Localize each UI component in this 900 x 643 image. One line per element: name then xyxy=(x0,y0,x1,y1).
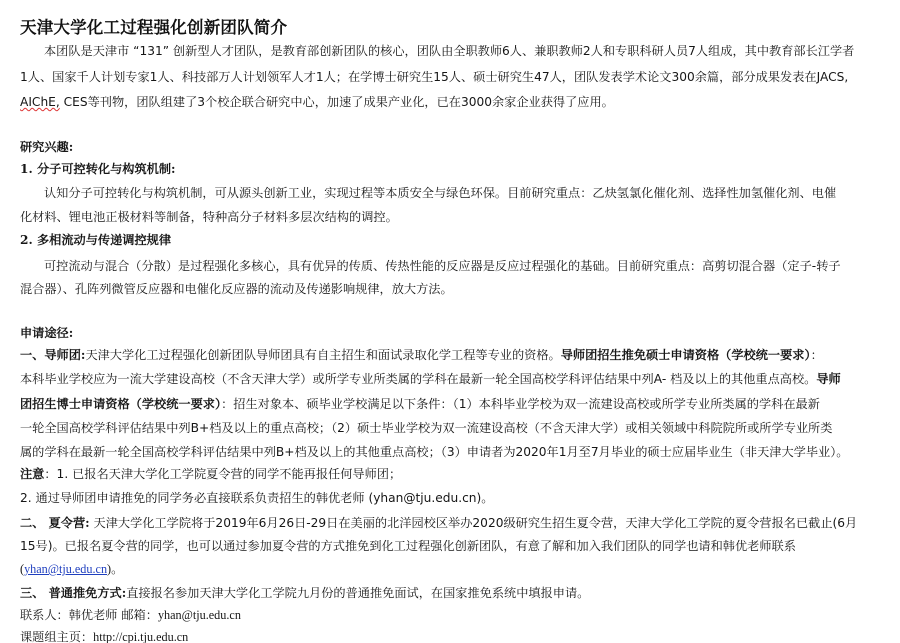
topic1-line-2: 化材料、锂电池正极材料等制备，特种高分子材料多层次结构的调控。 xyxy=(20,207,890,227)
mentor-line-3: 团招生博士申请资格（学校统一要求）：招生对象本、硕毕业学校满足以下条件：（1）本… xyxy=(20,394,890,414)
regular-prefix: 三、 xyxy=(20,586,49,600)
homepage-label: 课题组主页： xyxy=(20,630,93,643)
mentor-master-req: 导师团招生推免硕士申请资格（学校统一要求） xyxy=(561,348,811,362)
mentor-line-1: 一、导师团:天津大学化工过程强化创新团队导师团具有自主招生和面试录取化学工程等专… xyxy=(20,345,890,365)
summer-label: 夏令营: xyxy=(49,516,90,530)
mentor-line-4: 一轮全国高校学科评估结果中列B+档及以上的重点高校；（2）硕士毕业学校为双一流建… xyxy=(20,418,890,438)
summer-camp-line-1: 二、 夏令营: 天津大学化工学院将于2019年6月26日-29日在美丽的北洋园校… xyxy=(20,513,890,533)
mentor-label: 导师团: xyxy=(44,348,85,362)
summer-prefix: 二、 xyxy=(20,516,49,530)
homepage-line: 课题组主页：http://cpi.tju.edu.cn xyxy=(20,627,890,643)
topic1-line-1: 认知分子可控转化与构筑机制，可从源头创新工业，实现过程等本质安全与绿色环保。目前… xyxy=(20,183,900,203)
regular-text: 直接报名参加天津大学化工学院九月份的普通推免面试，在国家推免系统中填报申请。 xyxy=(126,586,589,600)
regular-line: 三、 普通推免方式:直接报名参加天津大学化工学院九月份的普通推免面试，在国家推免… xyxy=(20,583,890,603)
regular-label: 普通推免方式: xyxy=(49,586,127,600)
mentor-prefix: 一、 xyxy=(20,348,44,362)
notice-text: ：1. 已报名天津大学化工学院夏令营的同学不能再报任何导师团； xyxy=(44,467,401,481)
intro-line-3: AIChE, CES等刊物，团队组建了3个校企联合研究中心，加速了成果产业化，已… xyxy=(20,92,890,112)
intro-line-2: 1人、国家千人计划专家1人、科技部万人计划领军人才1人；在学博士研究生15人、硕… xyxy=(20,67,890,87)
document-title: 天津大学化工过程强化创新团队简介 xyxy=(20,14,287,38)
application-heading: 申请途径: xyxy=(20,323,890,343)
summer-text: 天津大学化工学院将于2019年6月26日-29日在美丽的北洋园校区举办2020级… xyxy=(90,516,858,530)
intro-line-3-text: CES等刊物，团队组建了3个校企联合研究中心，加速了成果产业化，已在3000余家… xyxy=(60,95,614,109)
mentor-phd-req: 团招生博士申请资格（学校统一要求） xyxy=(20,397,221,411)
spellcheck-word[interactable]: AIChE, xyxy=(20,95,60,109)
topic2-line-2: 混合器）、孔阵列微管反应器和电催化反应器的流动及传递影响规律，放大方法。 xyxy=(20,279,890,299)
colon: ： xyxy=(811,348,823,362)
mentor-line-2: 本科毕业学校应为一流大学建设高校（不含天津大学）或所学专业所类属的学科在最新一轮… xyxy=(20,369,890,389)
contact-label: 联系人：韩优老师 邮箱： xyxy=(20,608,158,622)
notice-line-2: 2. 通过导师团申请推免的同学务必直接联系负责招生的韩优老师 (yhan@tju… xyxy=(20,488,890,508)
mentor-line-2-bold: 导师 xyxy=(816,372,840,386)
email-link[interactable]: yhan@tju.edu.cn xyxy=(24,562,107,576)
notice-line-1: 注意：1. 已报名天津大学化工学院夏令营的同学不能再报任何导师团； xyxy=(20,464,890,484)
summer-camp-line-3: (yhan@tju.edu.cn)。 xyxy=(20,559,890,579)
mentor-line-5: 属的学科在最新一轮全国高校学科评估结果中列B+档及以上的其他重点高校；（3）申请… xyxy=(20,442,890,462)
paren-close: )。 xyxy=(107,562,123,576)
notice-label: 注意 xyxy=(20,467,44,481)
summer-camp-line-2: 15号)。已报名夏令营的同学，也可以通过参加夏令营的方式推免到化工过程强化创新团… xyxy=(20,536,890,556)
topic2-line-1: 可控流动与混合（分散）是过程强化多核心，具有优异的传质、传热性能的反应器是反应过… xyxy=(20,256,900,276)
mentor-line-3-text: ：招生对象本、硕毕业学校满足以下条件：（1）本科毕业学校为双一流建设高校或所学专… xyxy=(221,397,820,411)
topic1-heading: 1. 分子可控转化与构筑机制: xyxy=(20,159,890,179)
document-page: 天津大学化工过程强化创新团队简介 本团队是天津市 “131” 创新型人才团队，是… xyxy=(0,0,900,643)
intro-line-1: 本团队是天津市 “131” 创新型人才团队，是教育部创新团队的核心，团队由全职教… xyxy=(20,41,900,61)
mentor-line-2-text: 本科毕业学校应为一流大学建设高校（不含天津大学）或所学专业所类属的学科在最新一轮… xyxy=(20,372,816,386)
contact-email: yhan@tju.edu.cn xyxy=(158,608,241,622)
topic2-heading: 2. 多相流动与传递调控规律 xyxy=(20,230,890,250)
research-heading: 研究兴趣: xyxy=(20,137,890,157)
contact-line: 联系人：韩优老师 邮箱：yhan@tju.edu.cn xyxy=(20,605,890,625)
mentor-text: 天津大学化工过程强化创新团队导师团具有自主招生和面试录取化学工程等专业的资格。 xyxy=(85,348,560,362)
homepage-url: http://cpi.tju.edu.cn xyxy=(93,630,188,643)
